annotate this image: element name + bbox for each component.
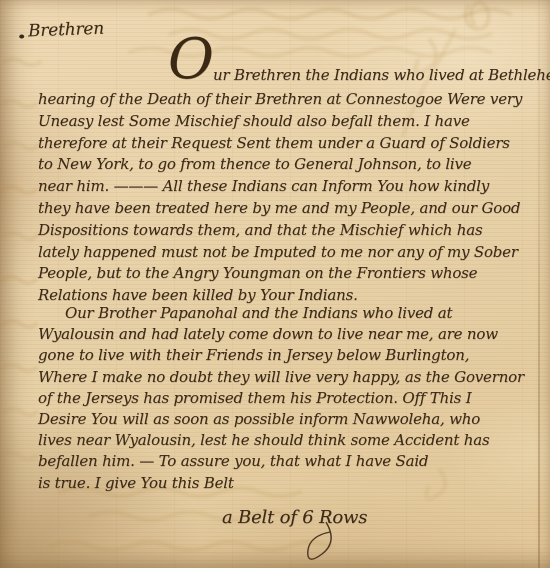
- belt-note: a Belt of 6 Rows: [222, 507, 367, 528]
- letter-line: People, but to the Angry Youngman on the…: [38, 263, 522, 285]
- letter-line: of the Jerseys has promised them his Pro…: [38, 388, 524, 409]
- letter-line: Where I make no doubt they will live ver…: [38, 367, 524, 388]
- salutation: Brethren: [28, 19, 105, 42]
- fold-crease: [538, 0, 540, 568]
- letter-line: lately happened must not be Imputed to m…: [38, 242, 522, 264]
- letter-line: lives near Wyalousin, lest he should thi…: [38, 430, 524, 451]
- letter-line: Wyalousin and had lately come down to li…: [38, 324, 524, 345]
- letter-line: Desire You will as soon as possible info…: [38, 409, 524, 430]
- letter-line: Our Brother Papanohal and the Indians wh…: [38, 303, 524, 324]
- letter-line: befallen him. — To assure you, that what…: [38, 451, 524, 472]
- salutation-text: Brethren: [28, 19, 105, 42]
- letter-line: Dispositions towards them, and that the …: [38, 220, 522, 242]
- letter-line: hearing of the Death of their Brethren a…: [38, 89, 522, 111]
- letter-line: near him. ——— All these Indians can Info…: [38, 176, 522, 198]
- letter-line: gone to live with their Friends in Jerse…: [38, 345, 524, 366]
- letter-line-first: ur Brethren the Indians who lived at Bet…: [213, 66, 550, 84]
- letter-line: therefore at their Request Sent them und…: [38, 133, 522, 155]
- letter-line: to New York, to go from thence to Genera…: [38, 154, 522, 176]
- paragraph-1: hearing of the Death of their Brethren a…: [38, 89, 522, 307]
- letter-line: Uneasy lest Some Mischief should also be…: [38, 111, 522, 133]
- paragraph-2: Our Brother Papanohal and the Indians wh…: [38, 303, 524, 494]
- letter-line: is true. I give You this Belt: [38, 473, 524, 494]
- flourish-dot: [19, 34, 24, 38]
- drop-cap-initial: O: [168, 32, 214, 88]
- letter-line: they have been treated here by me and my…: [38, 198, 522, 220]
- manuscript-page: Brethren O ur Brethren the Indians who l…: [0, 0, 550, 568]
